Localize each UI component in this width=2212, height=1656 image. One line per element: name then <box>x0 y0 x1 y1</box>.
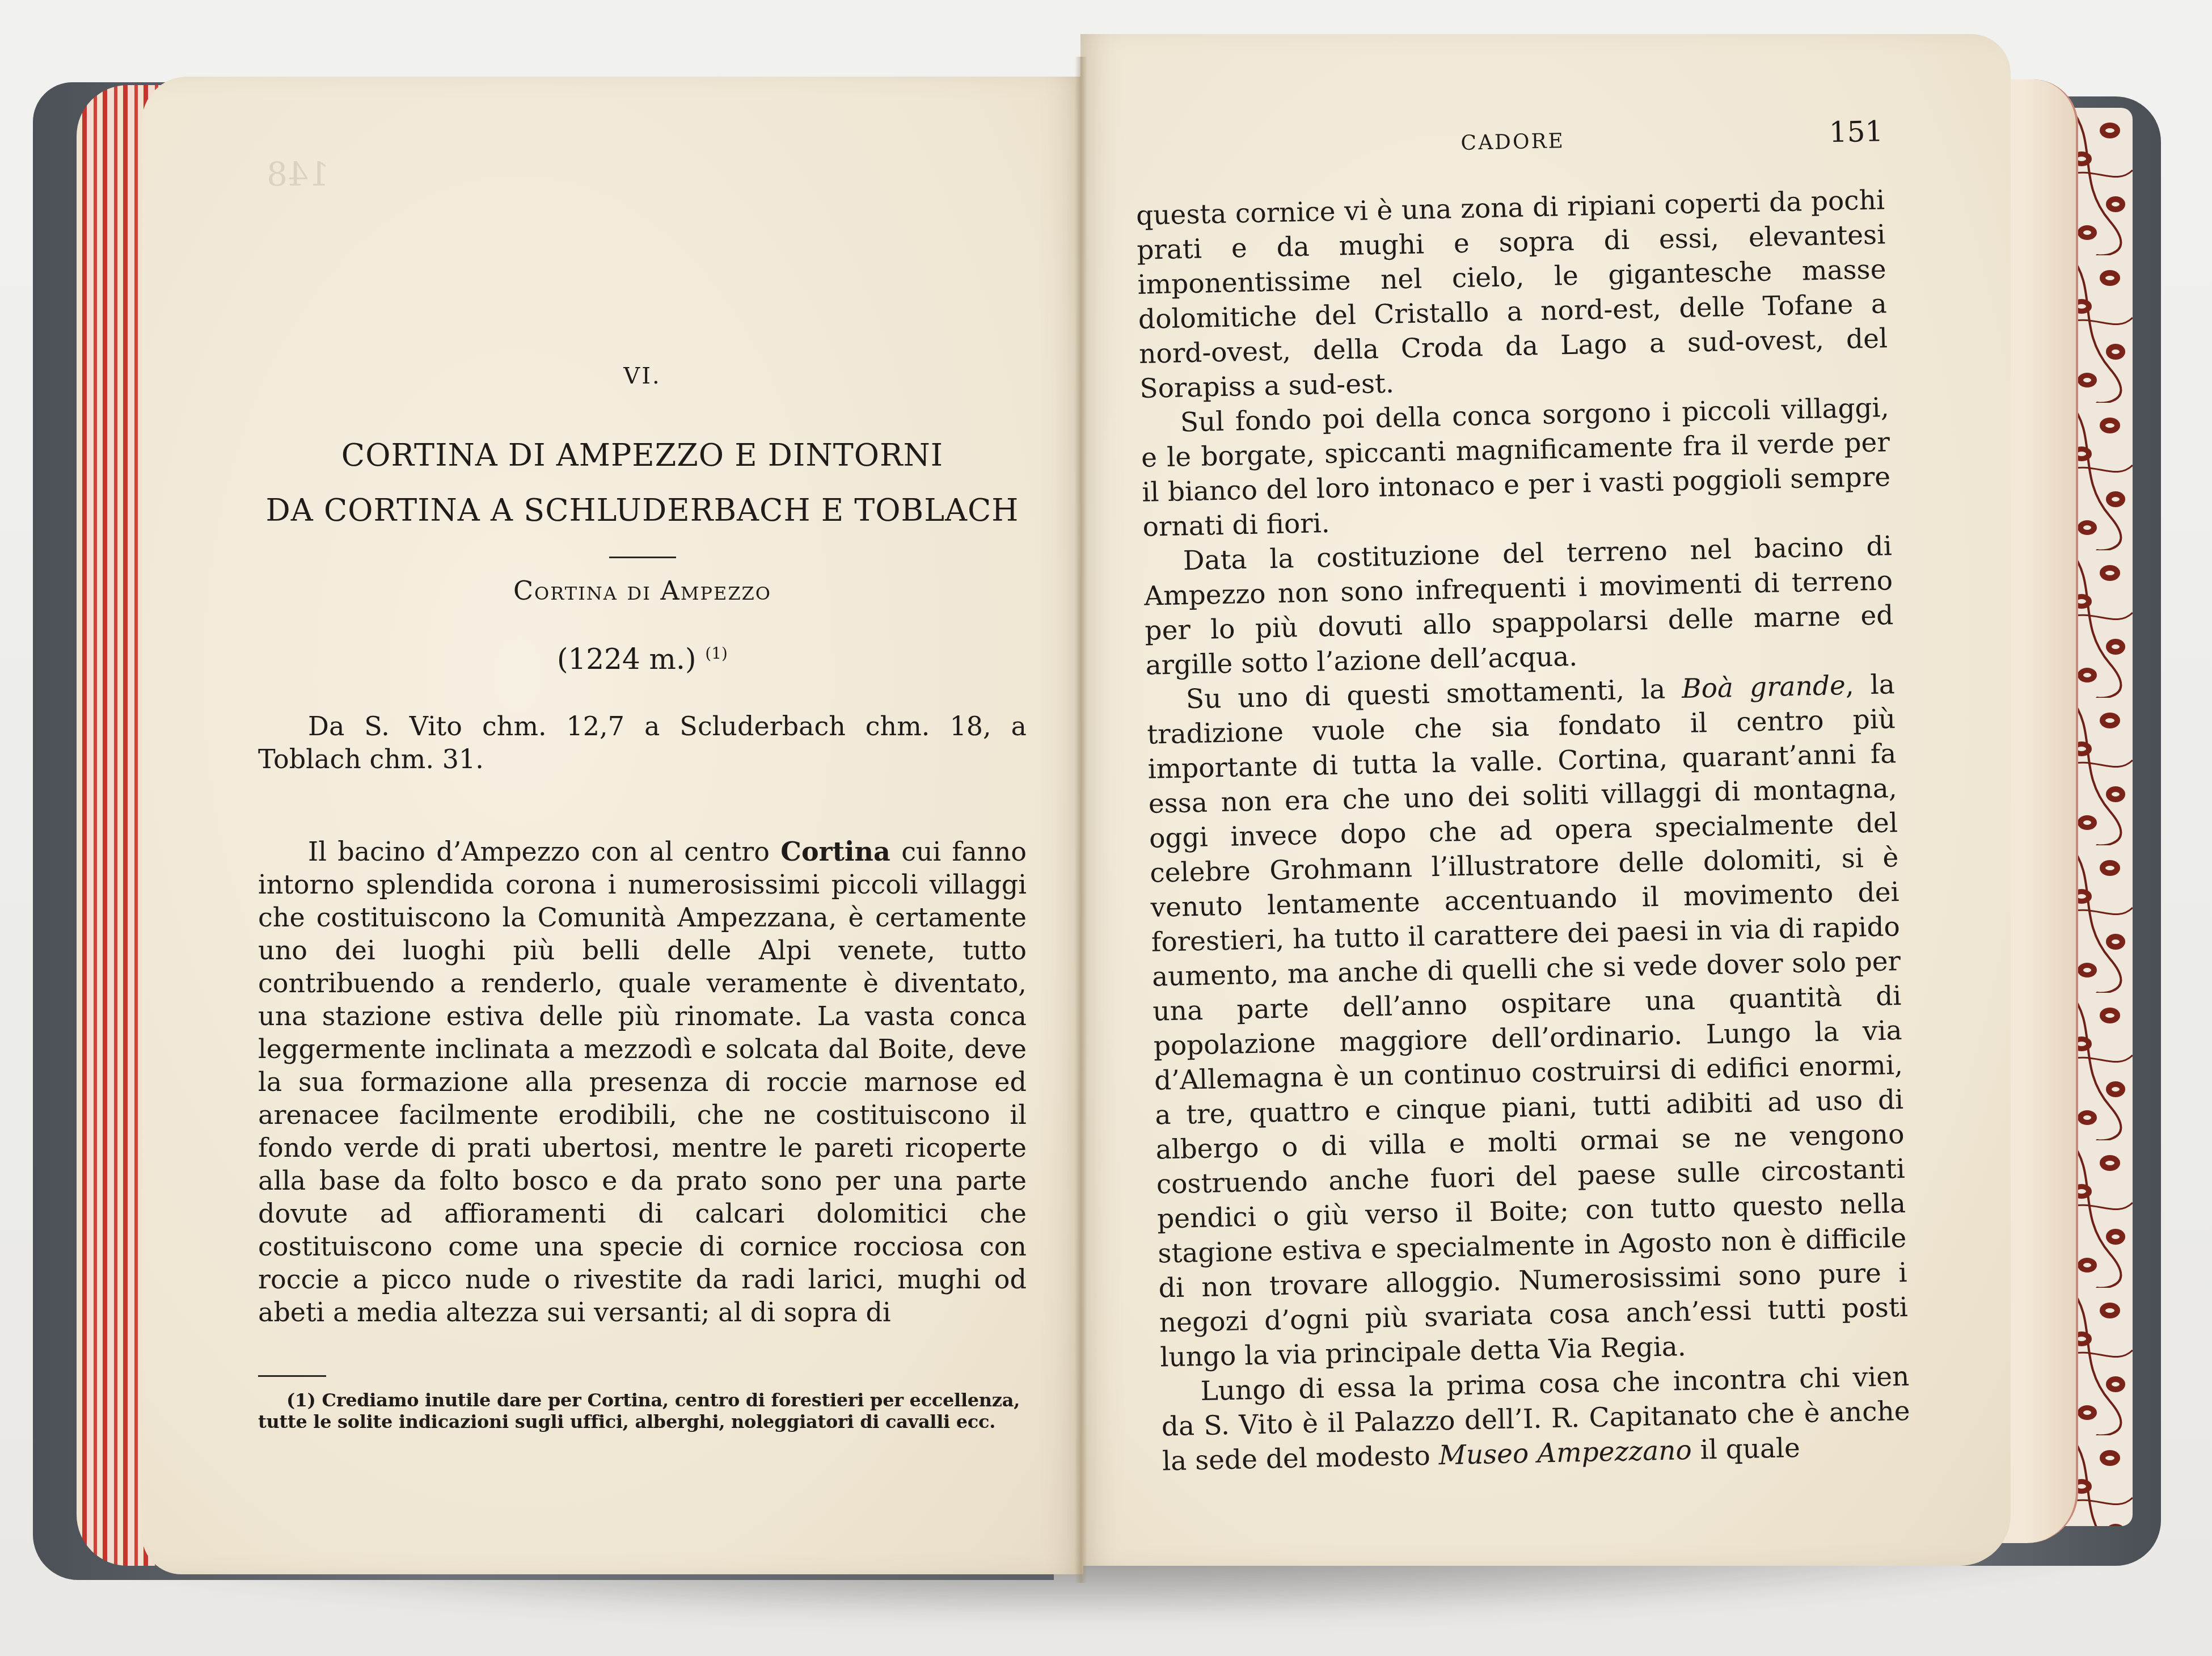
elevation-value: (1224 m.) <box>557 643 696 676</box>
footnote-line-2: tutte le solite indicazioni sugli uffici… <box>258 1411 995 1432</box>
chapter-number: VI. <box>258 363 1027 389</box>
paragraph: Lungo di essa la prima cosa che incontra… <box>1160 1359 1911 1479</box>
paragraph: questa cornice vi è una zona di ripiani … <box>1136 183 1889 406</box>
section-heading: Cortina di Ampezzo <box>258 575 1027 606</box>
right-page-content: CADORE 151 questa cornice vi è una zona … <box>1134 115 1911 1478</box>
footnote-line-1: (1) Crediamo inutile dare per Cortina, c… <box>258 1389 1027 1411</box>
elevation-line: (1224 m.) (1) <box>258 643 1027 676</box>
paragraph: Su uno di questi smottamenti, la Boà gra… <box>1146 667 1909 1375</box>
paragraph-text: Il bacino d’Ampezzo con al centro <box>308 836 780 867</box>
paragraph-bacino: Il bacino d’Ampezzo con al centro Cortin… <box>258 835 1027 1329</box>
paragraph-text: , la tradizione vuole che sia fondato il… <box>1147 669 1909 1373</box>
route-distances: Da S. Vito chm. 12,7 a Scluderbach chm. … <box>258 710 1027 776</box>
italic-place-name: Boà grande <box>1682 670 1846 705</box>
chapter-title-line-2: DA CORTINA A SCHLUDERBACH E TOBLACH <box>258 492 1027 528</box>
footnote-marker: (1) <box>705 644 728 663</box>
chapter-title-line-1: CORTINA DI AMPEZZO E DINTORNI <box>258 437 1027 473</box>
footnote-rule <box>258 1375 326 1377</box>
running-title: CADORE <box>1460 129 1565 155</box>
right-page-body: questa cornice vi è una zona di ripiani … <box>1136 183 1911 1478</box>
left-page-content: VI. CORTINA DI AMPEZZO E DINTORNI DA COR… <box>258 139 1027 1432</box>
bold-place-name: Cortina <box>780 836 890 867</box>
paragraph: Data la costituzione del terreno nel bac… <box>1143 529 1894 683</box>
book-gutter <box>1075 57 1087 1583</box>
paragraph-text: cui fanno intorno splendida corona i num… <box>258 836 1027 1328</box>
page-number: 151 <box>1829 115 1884 149</box>
title-rule <box>609 557 676 558</box>
footnote: (1) Crediamo inutile dare per Cortina, c… <box>258 1389 1027 1432</box>
paragraph: Sul fondo poi della conca sorgono i picc… <box>1140 390 1892 545</box>
paragraph-text: il quale <box>1691 1432 1800 1466</box>
italic-museum-name: Museo Ampezzano <box>1438 1435 1692 1471</box>
